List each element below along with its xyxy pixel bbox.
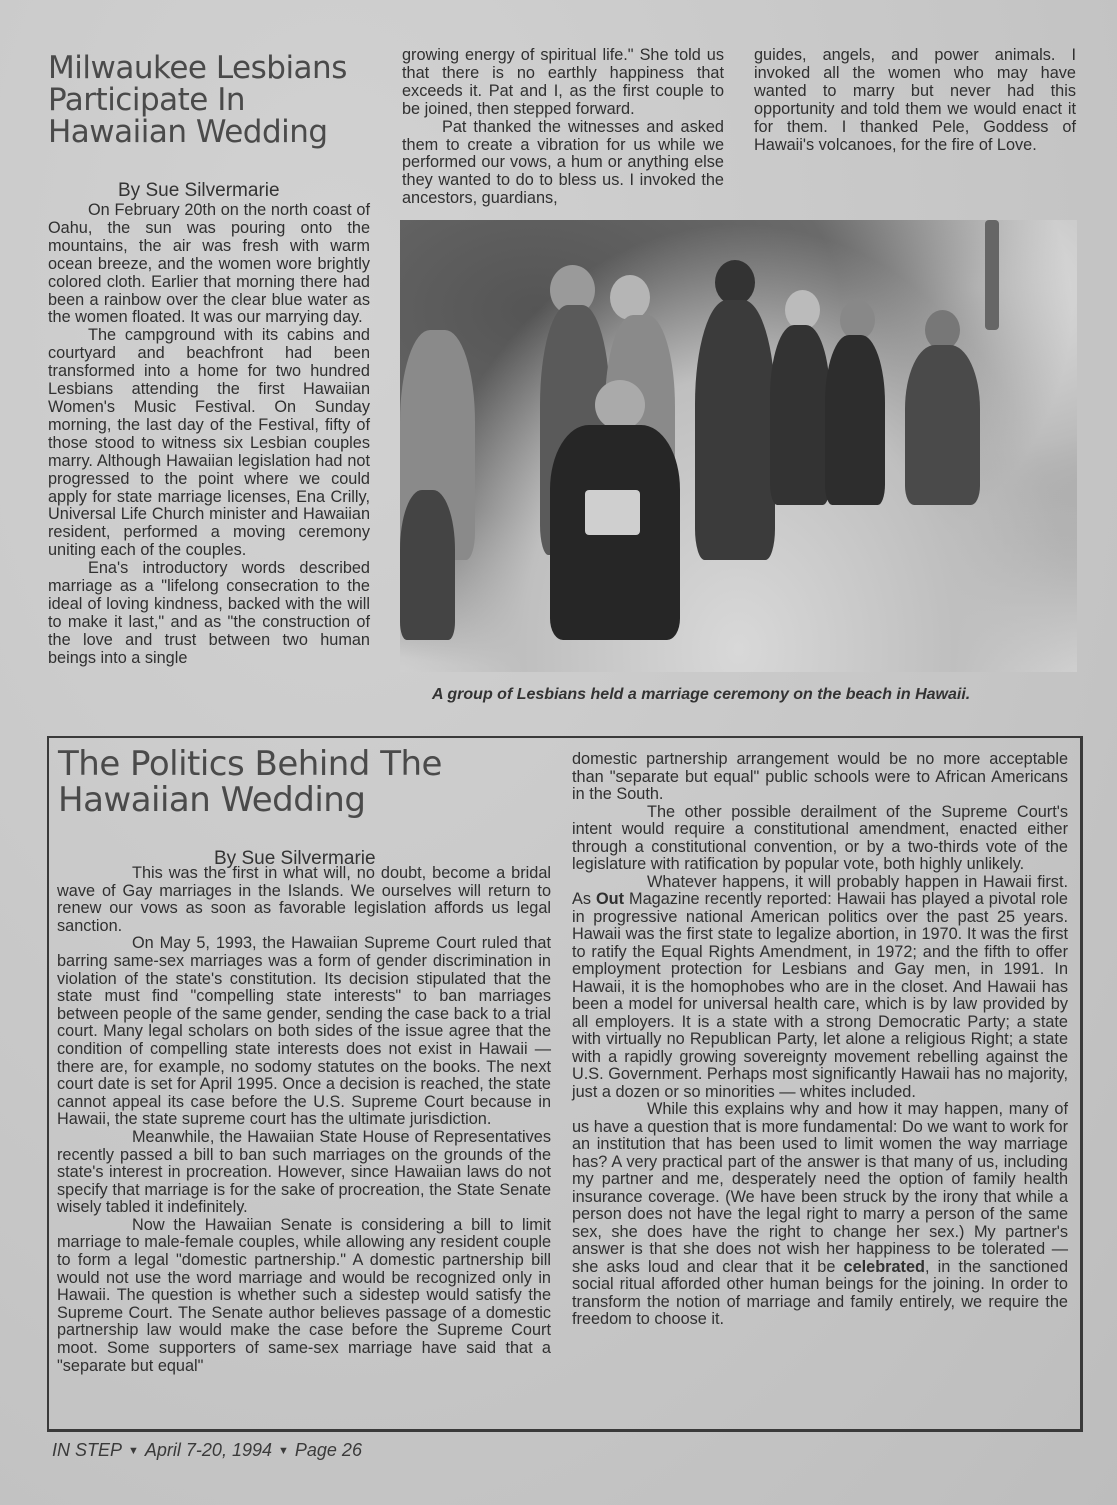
paragraph: This was the first in what will, no doub… <box>57 865 551 935</box>
photo-figure <box>715 260 755 305</box>
photo-figure <box>785 290 820 330</box>
paragraph: guides, angels, and power animals. I inv… <box>754 47 1076 154</box>
article-1-headline: Milwaukee Lesbians Participate In Hawaii… <box>48 52 388 148</box>
paragraph: On May 5, 1993, the Hawaiian Supreme Cou… <box>57 935 551 1129</box>
triangle-separator-icon: ▼ <box>278 1445 289 1457</box>
photo-caption: A group of Lesbians held a marriage cere… <box>432 686 1052 704</box>
shirt-graphic <box>585 490 640 535</box>
emphasis-celebrated: celebrated <box>844 1258 925 1276</box>
article-1-column-3: guides, angels, and power animals. I inv… <box>754 47 1076 154</box>
paragraph: Ena's introductory words described marri… <box>48 560 370 667</box>
palm-trunk <box>985 220 999 330</box>
page-footer: IN STEP▼April 7-20, 1994▼Page 26 <box>52 1440 362 1461</box>
beach-wedding-photo <box>400 220 1077 672</box>
paragraph: While this explains why and how it may h… <box>572 1101 1068 1329</box>
photo-figure <box>400 490 455 640</box>
page-number: Page 26 <box>295 1440 362 1460</box>
magazine-name: Out <box>596 890 624 908</box>
paragraph: Now the Hawaiian Senate is considering a… <box>57 1217 551 1375</box>
paragraph: Whatever happens, it will probably happe… <box>572 874 1068 1102</box>
triangle-separator-icon: ▼ <box>128 1445 139 1457</box>
paragraph: The campground with its cabins and court… <box>48 327 370 560</box>
issue-date: April 7-20, 1994 <box>145 1440 272 1460</box>
article-1-byline: By Sue Silvermarie <box>118 180 280 202</box>
paragraph: domestic partnership arrangement would b… <box>572 751 1068 804</box>
photo-figure <box>925 310 960 350</box>
photo-figure <box>905 345 980 505</box>
paragraph: The other possible derailment of the Sup… <box>572 804 1068 874</box>
newspaper-page: Milwaukee Lesbians Participate In Hawaii… <box>0 0 1117 1505</box>
paragraph: growing energy of spiritual life." She t… <box>402 47 724 119</box>
paragraph: Pat thanked the witnesses and asked them… <box>402 119 724 209</box>
photo-figure <box>825 335 885 505</box>
photo-figure <box>770 325 830 505</box>
photo-figure <box>840 300 875 340</box>
photo-figure <box>695 300 775 560</box>
article-1-column-1: On February 20th on the north coast of O… <box>48 202 370 668</box>
paragraph: On February 20th on the north coast of O… <box>48 202 370 327</box>
photo-figure <box>595 380 645 430</box>
photo-figure <box>610 275 650 320</box>
publication-name: IN STEP <box>52 1440 122 1460</box>
article-2-headline: The Politics Behind The Hawaiian Wedding <box>58 746 558 818</box>
article-2-column-1: This was the first in what will, no doub… <box>57 865 551 1375</box>
paragraph: Meanwhile, the Hawaiian State House of R… <box>57 1129 551 1217</box>
article-1-column-2: growing energy of spiritual life." She t… <box>402 47 724 208</box>
article-2-column-2: domestic partnership arrangement would b… <box>572 751 1068 1329</box>
